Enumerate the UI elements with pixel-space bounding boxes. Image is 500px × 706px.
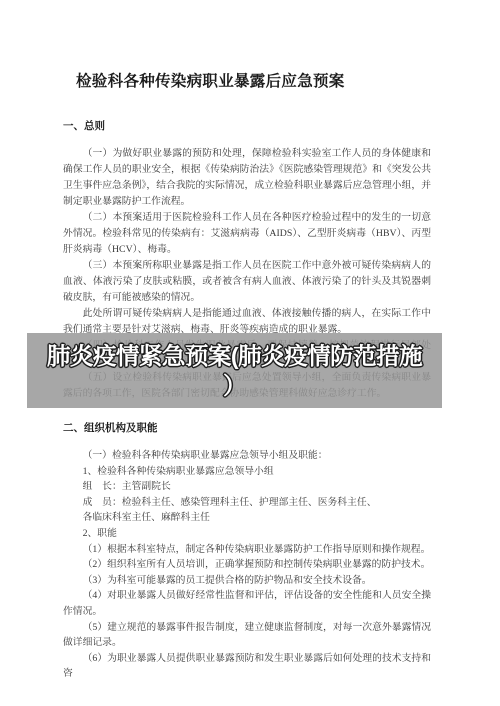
list-line: （5）建立规范的暴露事件报告制度，建立健康监督制度，对每一次意外暴露情况做详细记…: [63, 620, 431, 651]
list-line: 各临床科室主任、麻醉科主任: [63, 510, 431, 526]
paragraph: （三）本预案所称职业暴露是指工作人员在医院工作中意外被可疑传染病病人的血液、体液…: [63, 258, 431, 306]
section-1-body: （一）为做好职业暴露的预防和处理，保障检验科实验室工作人员的身体健康和确保工作人…: [63, 146, 431, 402]
list-line: 1、检验科各种传染病职业暴露应急领导小组: [63, 464, 431, 480]
document-content: 检验科各种传染病职业暴露后应急预案 一、总则 （一）为做好职业暴露的预防和处理，…: [0, 0, 500, 682]
paragraph: （二）本预案适用于医院检验科工作人员在各种医疗检验过程中的发生的一切意外情况。检…: [63, 210, 431, 258]
list-line: 2、职能: [63, 526, 431, 542]
section-2-heading: 二、组织机构及职能: [63, 420, 431, 435]
list-line: （4）对职业暴露人员做好经常性监督和评估，评估设备的安全性能和人员安全操作情况。: [63, 588, 431, 619]
paragraph: （一）为做好职业暴露的预防和处理，保障检验科实验室工作人员的身体健康和确保工作人…: [63, 146, 431, 210]
list-line: 组 长：主管副院长: [63, 479, 431, 495]
list-line: （2）组织科室所有人员培训，正确掌握预防和控制传染病职业暴露的防护技术。: [63, 557, 431, 573]
list-line: （3）为科室可能暴露的员工提供合格的防护物品和安全技术设备。: [63, 573, 431, 589]
document-title: 检验科各种传染病职业暴露后应急预案: [76, 69, 431, 91]
document-page: 检验科各种传染病职业暴露后应急预案 一、总则 （一）为做好职业暴露的预防和处理，…: [0, 0, 500, 706]
section-1-heading: 一、总则: [63, 118, 431, 133]
watermark-banner: 肺炎疫情紧急预案(肺炎疫情防范措施 ）: [27, 333, 442, 408]
list-line: （1）根据本科室特点，制定各种传染病职业暴露防护工作指导原则和操作规程。: [63, 542, 431, 558]
list-line: （6）为职业暴露人员提供职业暴露预防和发生职业暴露后如何处理的技术支持和咨: [63, 651, 431, 682]
section-2-body: （一）检验科各种传染病职业暴露应急领导小组及职能： 1、检验科各种传染病职业暴露…: [63, 448, 431, 682]
watermark-banner-title-line1: 肺炎疫情紧急预案(肺炎疫情防范措施: [47, 341, 422, 371]
list-line: （一）检验科各种传染病职业暴露应急领导小组及职能：: [63, 448, 431, 464]
watermark-overlay-region: （四）检验科工作人员发生职业暴露后，要保持镇静，按规范流程进行局部处理，应迅速妥…: [63, 338, 431, 402]
list-line: 成 员：检验科主任、感染管理科主任、护理部主任、医务科主任、: [63, 495, 431, 511]
watermark-banner-title-line2: ）: [223, 371, 246, 401]
